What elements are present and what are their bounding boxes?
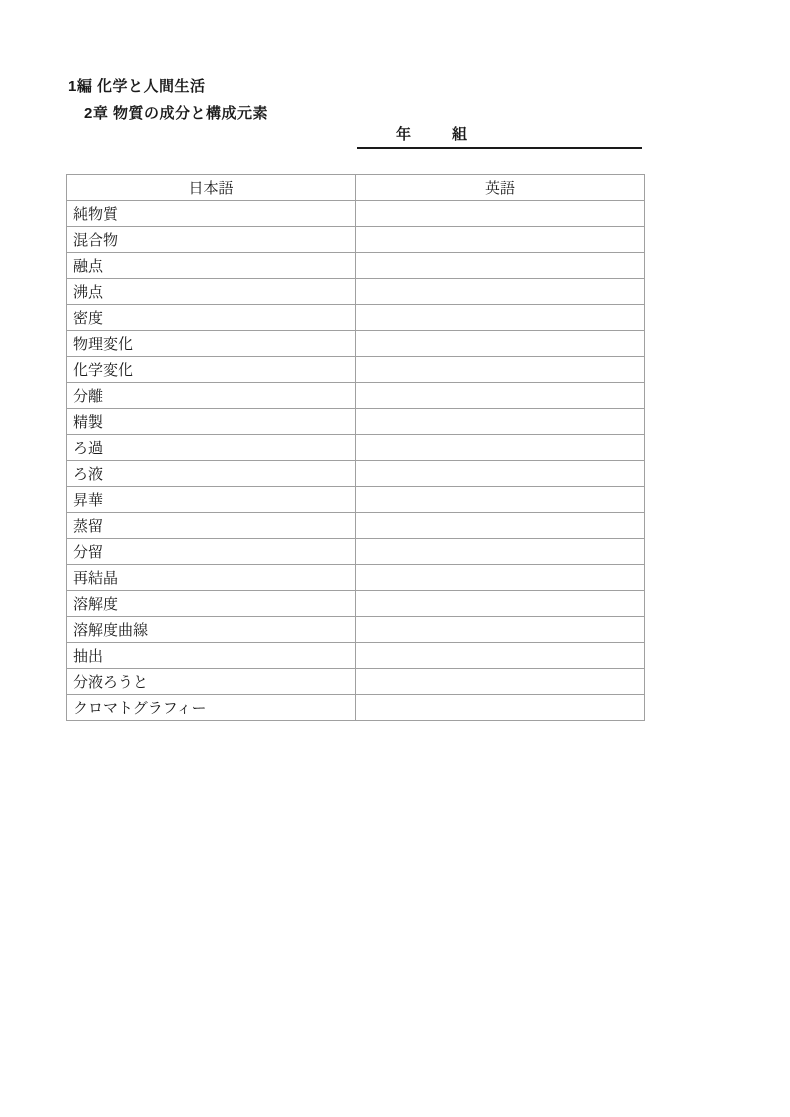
english-answer-cell — [356, 461, 645, 487]
japanese-term-cell: 抽出 — [67, 643, 356, 669]
english-answer-cell — [356, 539, 645, 565]
table-header-row: 日本語 英語 — [67, 175, 645, 201]
japanese-term-cell: 昇華 — [67, 487, 356, 513]
japanese-term-cell: 精製 — [67, 409, 356, 435]
english-answer-cell — [356, 201, 645, 227]
japanese-term-cell: 物理変化 — [67, 331, 356, 357]
table-row: 物理変化 — [67, 331, 645, 357]
japanese-term-cell: 純物質 — [67, 201, 356, 227]
english-answer-cell — [356, 643, 645, 669]
japanese-term-cell: 化学変化 — [67, 357, 356, 383]
table-row: 化学変化 — [67, 357, 645, 383]
table-row: 精製 — [67, 409, 645, 435]
class-label: 組 — [452, 123, 467, 144]
japanese-term-cell: 分液ろうと — [67, 669, 356, 695]
english-answer-cell — [356, 669, 645, 695]
japanese-term-cell: 分離 — [67, 383, 356, 409]
table-row: 溶解度曲線 — [67, 617, 645, 643]
table-row: 溶解度 — [67, 591, 645, 617]
table-row: 分液ろうと — [67, 669, 645, 695]
english-answer-cell — [356, 565, 645, 591]
japanese-term-cell: 溶解度曲線 — [67, 617, 356, 643]
chapter-title: 2章 物質の成分と構成元素 — [84, 102, 268, 123]
english-answer-cell — [356, 513, 645, 539]
table-row: 昇華 — [67, 487, 645, 513]
english-answer-cell — [356, 487, 645, 513]
japanese-term-cell: 沸点 — [67, 279, 356, 305]
english-answer-cell — [356, 617, 645, 643]
vocab-table-body: 純物質 混合物 融点 沸点 密度 物理変化 化学変化 分離 精製 ろ過 ろ液 — [67, 201, 645, 721]
japanese-term-cell: 密度 — [67, 305, 356, 331]
unit-title: 1編 化学と人間生活 — [68, 75, 206, 96]
japanese-term-cell: 分留 — [67, 539, 356, 565]
japanese-term-cell: 再結晶 — [67, 565, 356, 591]
japanese-term-cell: 蒸留 — [67, 513, 356, 539]
english-answer-cell — [356, 331, 645, 357]
japanese-term-cell: ろ過 — [67, 435, 356, 461]
english-column-header: 英語 — [356, 175, 645, 201]
table-row: 抽出 — [67, 643, 645, 669]
year-label: 年 — [396, 123, 411, 144]
table-row: ろ液 — [67, 461, 645, 487]
table-row: 沸点 — [67, 279, 645, 305]
english-answer-cell — [356, 227, 645, 253]
table-row: 分留 — [67, 539, 645, 565]
table-row: 混合物 — [67, 227, 645, 253]
english-answer-cell — [356, 279, 645, 305]
japanese-term-cell: 混合物 — [67, 227, 356, 253]
japanese-term-cell: 融点 — [67, 253, 356, 279]
japanese-term-cell: ろ液 — [67, 461, 356, 487]
english-answer-cell — [356, 253, 645, 279]
english-answer-cell — [356, 383, 645, 409]
english-answer-cell — [356, 435, 645, 461]
table-row: 純物質 — [67, 201, 645, 227]
table-row: ろ過 — [67, 435, 645, 461]
japanese-term-cell: 溶解度 — [67, 591, 356, 617]
table-row: 再結晶 — [67, 565, 645, 591]
english-answer-cell — [356, 409, 645, 435]
english-answer-cell — [356, 695, 645, 721]
table-row: 蒸留 — [67, 513, 645, 539]
japanese-column-header: 日本語 — [67, 175, 356, 201]
document-page: 1編 化学と人間生活 2章 物質の成分と構成元素 年 組 日本語 英語 純物質 … — [0, 0, 790, 1117]
english-answer-cell — [356, 357, 645, 383]
table-row: 密度 — [67, 305, 645, 331]
table-row: 融点 — [67, 253, 645, 279]
english-answer-cell — [356, 305, 645, 331]
table-row: 分離 — [67, 383, 645, 409]
vocab-table: 日本語 英語 純物質 混合物 融点 沸点 密度 物理変化 化学変化 分離 精製 — [66, 174, 645, 721]
table-row: クロマトグラフィー — [67, 695, 645, 721]
japanese-term-cell: クロマトグラフィー — [67, 695, 356, 721]
name-entry-line: 年 組 — [357, 123, 642, 149]
english-answer-cell — [356, 591, 645, 617]
